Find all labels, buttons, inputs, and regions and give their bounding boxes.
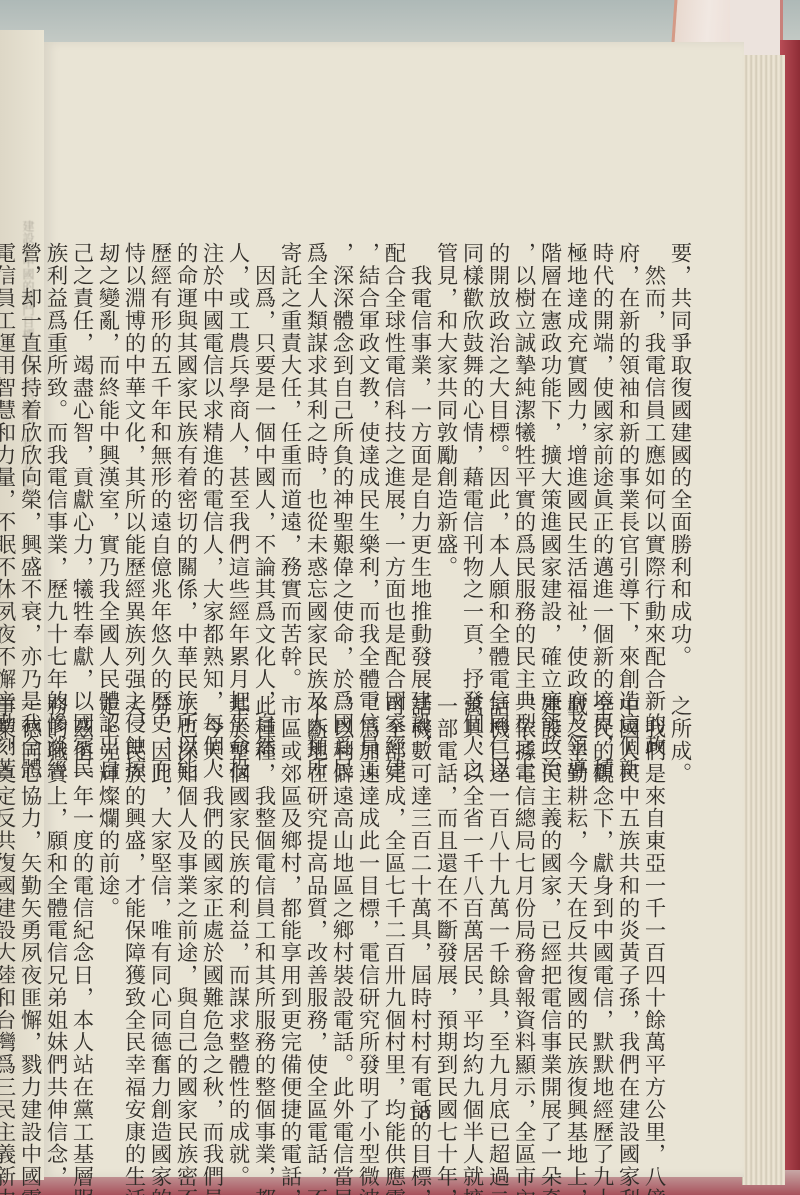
text-column: 話機數可達三百二十萬具，屆時村村有電話的目標，亦 xyxy=(406,695,432,1115)
book-page: 要，共同爭取復國建國的全面勝利和成功。 然而，我電信員工應如何以實際行動來配合新… xyxy=(44,42,744,1177)
text-column: 恃以淵博的中華文化，其所以能歷經異族列强之侵蝕掠 xyxy=(120,242,146,662)
text-column: 一部電話，而且還在不斷發展，預期到民國七十年，電 xyxy=(432,695,458,1115)
text-column: ，依據電信總局七月份局務會報資料顯示，全區市內電 xyxy=(510,695,536,1115)
text-column: 爲全人類謀求其利之時，也從未惑忘國家民族及人類所 xyxy=(302,242,328,662)
text-column: ，深深體念到自己所負的神聖艱偉之使命，於爲國爲民 xyxy=(328,242,354,662)
text-column: 因爲，只要是一個中國人，不論其爲文化人，自然 xyxy=(250,242,276,662)
text-column: 今天，我們的國家正處於國難危急之秋，而我們員 xyxy=(198,695,224,1115)
text-block-top: 要，共同爭取復國建國的全面勝利和成功。 然而，我電信員工應如何以實際行動來配合新… xyxy=(0,242,692,662)
text-column: 刼之變亂，而終能中興漢室，實乃我全國人民體認出自 xyxy=(94,242,120,662)
text-column: 分，因此，大家堅信，唯有同心同德奮力創造國家的强 xyxy=(146,695,172,1115)
text-column: 的命運與其國家民族有着密切的關係，中華民族所以能 xyxy=(172,242,198,662)
text-column: 人，或工農兵學商人，甚至我們這些經年累月把生命投 xyxy=(224,242,250,662)
text-column: 營，却一直保持着欣欣向榮，興盛不衰，亦乃是我全體 xyxy=(16,242,42,662)
text-column: 寄託之重責大任，任重而道遠，務實而苦幹。 xyxy=(276,242,302,662)
text-column: 己之責任，竭盡心智，貢獻心力，犧牲奉獻，以國家民 xyxy=(68,242,94,662)
text-column: 茲值一年一度的電信紀念日，本人站在黨工基層服 xyxy=(68,695,94,1115)
text-column: 府，在新的領袖和新的事業長官引導下，來創造這個新 xyxy=(614,242,640,662)
text-column: 之所成。 xyxy=(666,695,692,1115)
text-column: 時代的開端，使國家前途眞正的邁進一個新的境界，積 xyxy=(588,242,614,662)
text-column: 話機已達一百八十九萬一千餘具，至九月底已超過二百 xyxy=(484,695,510,1115)
text-column: 注於中國電信以求精進的電信人，大家都熟知，每個人 xyxy=(198,242,224,662)
text-column: ，以利僻遠高山地區之鄉村裝設電話。此外電信當局更 xyxy=(328,695,354,1115)
text-column: 走上光輝燦爛的前途。 xyxy=(94,695,120,1115)
text-column: 要，共同爭取復國建國的全面勝利和成功。 xyxy=(666,242,692,662)
page-number: 18 xyxy=(408,1100,430,1126)
text-column: 族利益爲重所致。而我電信事業，歷九十七年的慘淡經 xyxy=(42,242,68,662)
text-block-bottom: 之所成。 我們是來自東亞一千一百四十餘萬平方公里，八億中國人民中五族共和的炎黃子… xyxy=(0,695,692,1115)
text-column: ，以樹立誠摯純潔犧牲平實的爲民服務的民主典型之上 xyxy=(510,242,536,662)
text-column: 市區或郊區及鄉村，都能享用到更完備便捷的電話，凡 xyxy=(276,695,302,1115)
text-column: 然而，我電信員工應如何以實際行動來配合新的政 xyxy=(640,242,666,662)
text-column: 同樣歡欣鼓舞的心情，藉電信刊物之一頁，抒發個人之 xyxy=(458,242,484,662)
text-column: 的開放政治之大目標。因此，本人願和全體電信同仁以 xyxy=(484,242,510,662)
text-column: 我電信事業，一方面是自力更生地推動發展建設， xyxy=(406,242,432,662)
text-column: 配合全球性電信科技之進展，一方面也是配合國家經建 xyxy=(380,242,406,662)
text-column: 載之辛勤耕耘，今天在反共復國的民族復興基地上，爲 xyxy=(562,695,588,1115)
page-stack-edges xyxy=(742,55,785,1185)
text-column: 此種種，我整個電信員工和其所服務的整個事業，都是 xyxy=(250,695,276,1115)
text-column: 務的職責上，願和全體電信兄弟姐妹們共伸信念，一心 xyxy=(42,695,68,1115)
text-column: ，爲加速達成此一目標，電信研究所發明了小型微波機 xyxy=(354,695,380,1115)
text-column: 管見，和大家共同敦勵創造新盛。 xyxy=(432,242,458,662)
text-column: 全民的觀念下，獻身到中國電信，默默地經歷了九十八 xyxy=(588,695,614,1115)
text-column: 工也深知個人及事業之前途，與自己的國家民族密不可 xyxy=(172,695,198,1115)
text-column: 一德同心協力，矢勤矢勇夙夜匪懈，戮力建設中國電信 xyxy=(16,695,42,1115)
text-column: 歷經有形的五千年和無形的遠自億兆年悠久的歷史，而 xyxy=(146,242,172,662)
text-column: ，結合軍政文教，使達成民生樂利，而我全體電信員工 xyxy=(354,242,380,662)
text-column: 基於整個國家民族的利益，而謀求整體性的成就。 xyxy=(224,695,250,1115)
text-column: 可全部完成，全區七千二百卅九個村里，均能供應電話 xyxy=(380,695,406,1115)
text-column: 萬具，以全省一千八百萬居民，平均約九個半人就擁有 xyxy=(458,695,484,1115)
text-column: 建設三民主義的國家，已經把電信事業開展了一朵奇葩 xyxy=(536,695,562,1115)
text-column: 不斷地在研究提高品質，改善服務，使全區電話，不論 xyxy=(302,695,328,1115)
text-column: 事業，奠定反共復國建設大陸和台灣爲三民主義新中國 xyxy=(0,695,16,1115)
text-column: 階層在憲政功能下，擴大策進國家建設，確立廉能政治 xyxy=(536,242,562,662)
text-column: 我們是來自東亞一千一百四十餘萬平方公里，八億 xyxy=(640,695,666,1115)
text-column: 電信員工運用智慧和力量，不眠不休夙夜不懈辛勤刻苦 xyxy=(0,242,16,662)
text-column: 中國人民中五族共和的炎黃子孫，我們在建設國家利福 xyxy=(614,695,640,1115)
text-column: 極地達成充實國力，增進國民生活福祉，使政府及領導 xyxy=(562,242,588,662)
text-column: 大，民族的興盛，才能保障獲致全民幸福安康的生活， xyxy=(120,695,146,1115)
